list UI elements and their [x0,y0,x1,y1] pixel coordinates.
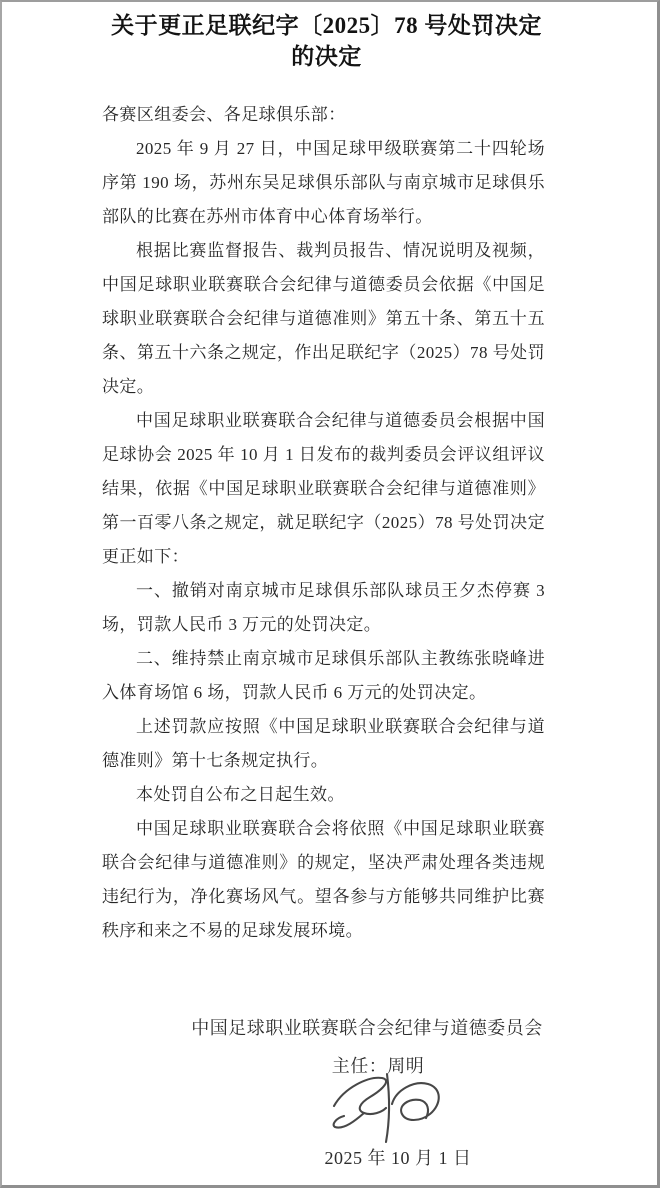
salutation: 各赛区组委会、各足球俱乐部： [102,98,545,132]
paragraph-fine-execution: 上述罚款应按照《中国足球职业联赛联合会纪律与道德准则》第十七条规定执行。 [102,710,545,778]
document-title: 关于更正足联纪字〔2025〕78 号处罚决定 的决定 [100,10,553,72]
paragraph-correction-intro: 中国足球职业联赛联合会纪律与道德委员会根据中国足球协会 2025 年 10 月 … [102,404,545,574]
paragraph-item-1: 一、撤销对南京城市足球俱乐部队球员王夕杰停赛 3 场，罚款人民币 3 万元的处罚… [102,574,545,642]
paragraph-match-info: 2025 年 9 月 27 日，中国足球甲级联赛第二十四轮场序第 190 场，苏… [102,132,545,234]
signoff-date: 2025 年 10 月 1 日 [325,1144,472,1170]
paragraph-basis: 根据比赛监督报告、裁判员报告、情况说明及视频，中国足球职业联赛联合会纪律与道德委… [102,234,545,404]
paragraph-closing-statement: 中国足球职业联赛联合会将依照《中国足球职业联赛联合会纪律与道德准则》的规定，坚决… [102,812,545,948]
paragraph-effective-date: 本处罚自公布之日起生效。 [102,778,545,812]
document-body: 各赛区组委会、各足球俱乐部： 2025 年 9 月 27 日，中国足球甲级联赛第… [102,98,545,948]
signoff-committee-name: 中国足球职业联赛联合会纪律与道德委员会 [191,1014,543,1040]
document-title-line1: 关于更正足联纪字〔2025〕78 号处罚决定 [100,10,553,41]
handwritten-signature-image [330,1070,450,1146]
paragraph-item-2: 二、维持禁止南京城市足球俱乐部队主教练张晓峰进入体育场馆 6 场，罚款人民币 6… [102,642,545,710]
document-title-line2: 的决定 [100,41,553,72]
document-page: 关于更正足联纪字〔2025〕78 号处罚决定 的决定 各赛区组委会、各足球俱乐部… [0,0,660,1188]
